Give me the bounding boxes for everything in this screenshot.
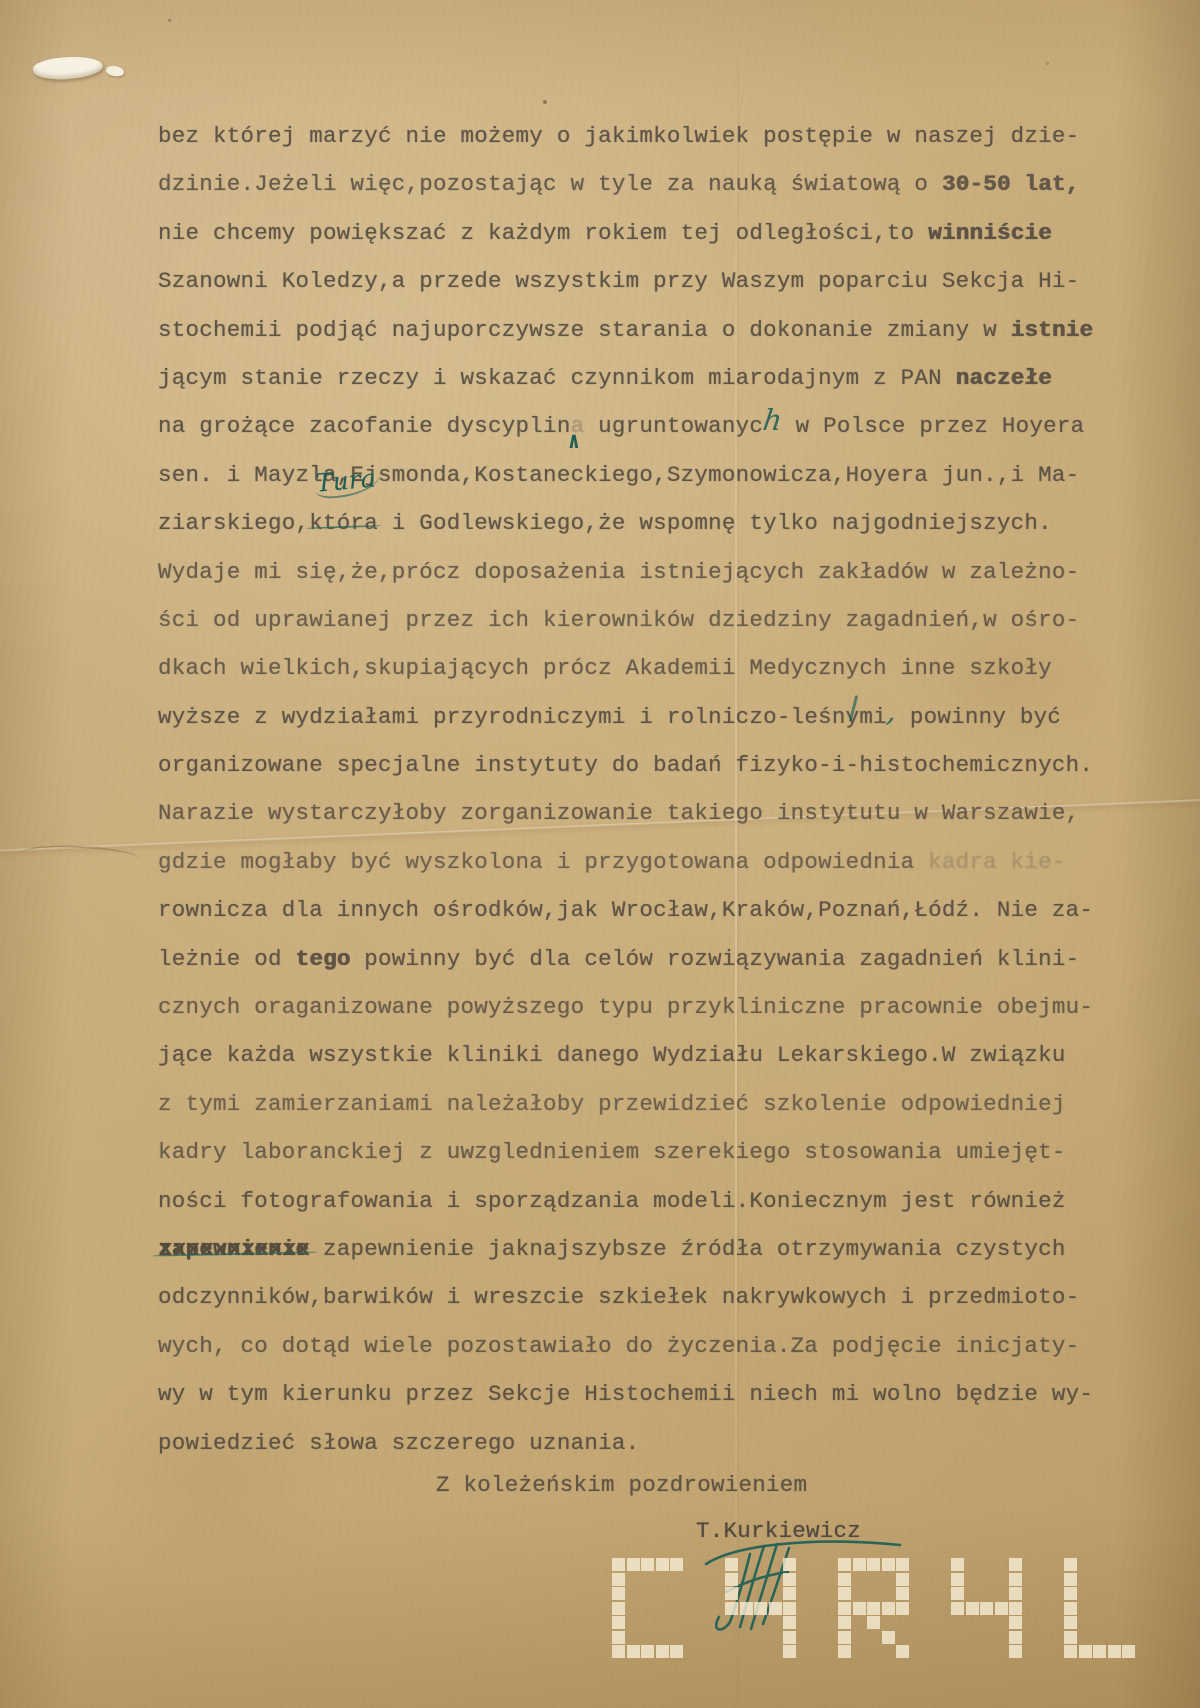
watermark-cell	[754, 1645, 767, 1658]
watermark-cell	[995, 1645, 1008, 1658]
watermark-cell	[641, 1602, 654, 1615]
watermark-cell	[754, 1573, 767, 1586]
typed-segment: jącym stanie rzeczy i wskazać czynnikom …	[158, 365, 956, 391]
typed-segment: gdzie mogłaby być wyszkolona i przygotow…	[158, 849, 928, 875]
typed-segment: organizowane specjalne instytuty do bada…	[158, 752, 1093, 778]
typed-line: Szanowni Koledzy,a przede wszystkim przy…	[158, 257, 1148, 305]
watermark-cell	[1108, 1645, 1121, 1658]
watermark-cell	[867, 1616, 880, 1629]
watermark-cell	[1064, 1631, 1077, 1644]
typed-segment: ziarskiego,	[158, 510, 309, 536]
watermark-cell	[656, 1573, 669, 1586]
watermark-cell	[627, 1587, 640, 1600]
watermark-cell	[612, 1558, 625, 1571]
watermark-cell	[951, 1558, 964, 1571]
watermark-cell	[1122, 1573, 1135, 1586]
typed-segment: w Polsce przez Hoyera	[782, 413, 1085, 439]
watermark-cell	[980, 1631, 993, 1644]
watermark-cell	[966, 1645, 979, 1658]
watermark-cell	[740, 1587, 753, 1600]
typed-line: na grożące zacofanie dyscyplina ugruntow…	[158, 402, 1148, 450]
typed-segment-b: istnie	[1011, 317, 1094, 343]
watermark-cell	[754, 1616, 767, 1629]
typed-segment: na grożące zacofanie dyscyplin	[158, 413, 571, 439]
watermark-cell	[1079, 1587, 1092, 1600]
typed-segment: Narazie wystarczyłoby zorganizowanie tak…	[158, 800, 1079, 826]
watermark-cell	[980, 1616, 993, 1629]
cyryl-watermark	[612, 1558, 1135, 1658]
watermark-cell	[896, 1602, 909, 1615]
typed-segment-b: 30-50 lat,	[942, 171, 1080, 197]
watermark-cell	[1122, 1631, 1135, 1644]
watermark-cell	[641, 1631, 654, 1644]
watermark-cell	[740, 1602, 753, 1615]
typed-segment-xover: zapewnieniexxxxxxxxxxx	[158, 1225, 309, 1273]
watermark-cell	[1009, 1573, 1022, 1586]
watermark-cell	[783, 1631, 796, 1644]
watermark-cell	[725, 1631, 738, 1644]
watermark-cell	[641, 1573, 654, 1586]
typed-segment-b: tego	[296, 946, 351, 972]
watermark-cell	[867, 1631, 880, 1644]
typed-line: bez której marzyć nie możemy o jakimkolw…	[158, 112, 1148, 160]
watermark-cell	[1064, 1602, 1077, 1615]
typed-segment: nie chcemy powiększać z każdym rokiem te…	[158, 220, 928, 246]
watermark-cell	[754, 1602, 767, 1615]
typed-line: jące każda wszystkie kliniki danego Wydz…	[158, 1031, 1148, 1079]
typed-line: cznych oraganizowane powyższego typu prz…	[158, 983, 1148, 1031]
watermark-cell	[1009, 1616, 1022, 1629]
typed-line: Narazie wystarczyłoby zorganizowanie tak…	[158, 789, 1148, 837]
typed-segment: leżnie od	[158, 946, 296, 972]
watermark-cell	[769, 1558, 782, 1571]
typed-segment: powinny być	[896, 704, 1061, 730]
watermark-cell	[882, 1645, 895, 1658]
watermark-cell	[612, 1631, 625, 1644]
typed-line: odczynników,barwików i wreszcie szkiełek…	[158, 1273, 1148, 1321]
typed-segment: Wydaje mi się,że,prócz doposażenia istni…	[158, 559, 1079, 585]
typed-line: powiedzieć słowa szczerego uznania.	[158, 1419, 1148, 1467]
watermark-cell	[951, 1631, 964, 1644]
watermark-cell	[627, 1573, 640, 1586]
typed-segment: ności fotografowania i sporządzania mode…	[158, 1188, 1066, 1214]
watermark-cell	[951, 1645, 964, 1658]
watermark-cell	[627, 1631, 640, 1644]
typed-line: dzinie.Jeżeli więc,pozostając w tyle za …	[158, 160, 1148, 208]
typed-segment: zapewnienie jaknajszybsze źródła otrzymy…	[309, 1236, 1065, 1262]
watermark-cell	[1108, 1587, 1121, 1600]
typed-line: organizowane specjalne instytuty do bada…	[158, 741, 1148, 789]
watermark-cell	[656, 1645, 669, 1658]
watermark-cell	[1079, 1602, 1092, 1615]
watermark-cell	[896, 1616, 909, 1629]
watermark-cell	[1093, 1602, 1106, 1615]
watermark-cell	[966, 1587, 979, 1600]
typed-line: nie chcemy powiększać z każdym rokiem te…	[158, 209, 1148, 257]
watermark-cell	[1122, 1602, 1135, 1615]
watermark-cell	[838, 1602, 851, 1615]
typed-segment: Szanowni Koledzy,a przede wszystkim przy…	[158, 268, 1079, 294]
watermark-cell	[882, 1587, 895, 1600]
typed-line: stochemii podjąć najuporczywsze starania…	[158, 306, 1148, 354]
watermark-cell	[896, 1587, 909, 1600]
watermark-cell	[1093, 1573, 1106, 1586]
watermark-cell	[867, 1573, 880, 1586]
watermark-letter-C	[612, 1558, 683, 1658]
watermark-cell	[838, 1616, 851, 1629]
watermark-cell	[670, 1602, 683, 1615]
watermark-cell	[995, 1616, 1008, 1629]
typed-segment: ugruntowanyc	[584, 413, 763, 439]
watermark-cell	[627, 1645, 640, 1658]
ink-speck	[168, 19, 171, 22]
watermark-cell	[725, 1616, 738, 1629]
watermark-cell	[1093, 1645, 1106, 1658]
watermark-cell	[838, 1645, 851, 1658]
watermark-cell	[980, 1587, 993, 1600]
watermark-cell	[670, 1631, 683, 1644]
watermark-cell	[951, 1587, 964, 1600]
watermark-cell	[838, 1587, 851, 1600]
watermark-cell	[740, 1645, 753, 1658]
watermark-cell	[867, 1587, 880, 1600]
typed-line: rownicza dla innych ośrodków,jak Wrocław…	[158, 886, 1148, 934]
typed-segment: z tymi zamierzaniami należałoby przewidz…	[158, 1091, 1066, 1117]
watermark-cell	[627, 1558, 640, 1571]
watermark-cell	[980, 1602, 993, 1615]
typed-segment-strike: która	[309, 499, 378, 547]
watermark-cell	[769, 1631, 782, 1644]
watermark-cell	[670, 1587, 683, 1600]
typed-line: wy w tym kierunku przez Sekcje Histochem…	[158, 1370, 1148, 1418]
watermark-cell	[769, 1587, 782, 1600]
typed-segment-b: winniście	[928, 220, 1052, 246]
watermark-cell	[641, 1558, 654, 1571]
watermark-cell	[783, 1616, 796, 1629]
watermark-cell	[725, 1645, 738, 1658]
watermark-cell	[853, 1645, 866, 1658]
watermark-cell	[951, 1573, 964, 1586]
watermark-cell	[740, 1631, 753, 1644]
watermark-cell	[627, 1602, 640, 1615]
letter-body: bez której marzyć nie możemy o jakimkolw…	[158, 112, 1148, 1467]
watermark-cell	[966, 1558, 979, 1571]
watermark-cell	[1108, 1616, 1121, 1629]
watermark-cell	[1122, 1558, 1135, 1571]
watermark-letter-R	[838, 1558, 909, 1658]
watermark-cell	[838, 1631, 851, 1644]
watermark-cell	[612, 1602, 625, 1615]
watermark-cell	[783, 1573, 796, 1586]
watermark-cell	[1093, 1631, 1106, 1644]
watermark-cell	[612, 1587, 625, 1600]
watermark-cell	[1122, 1587, 1135, 1600]
watermark-cell	[612, 1616, 625, 1629]
typed-line: ści od uprawianej przez ich kierowników …	[158, 596, 1148, 644]
ink-speck	[1046, 62, 1049, 65]
watermark-cell	[867, 1645, 880, 1658]
watermark-cell	[783, 1645, 796, 1658]
watermark-cell	[656, 1558, 669, 1571]
watermark-cell	[882, 1616, 895, 1629]
watermark-cell	[853, 1587, 866, 1600]
watermark-cell	[838, 1558, 851, 1571]
watermark-cell	[951, 1616, 964, 1629]
watermark-cell	[725, 1587, 738, 1600]
watermark-cell	[896, 1573, 909, 1586]
watermark-cell	[1079, 1616, 1092, 1629]
watermark-cell	[754, 1587, 767, 1600]
watermark-cell	[641, 1645, 654, 1658]
watermark-cell	[740, 1558, 753, 1571]
watermark-letter-Y	[725, 1558, 796, 1658]
watermark-letter-Y	[951, 1558, 1022, 1658]
typed-segment: odczynników,barwików i wreszcie szkiełek…	[158, 1284, 1079, 1310]
watermark-cell	[769, 1602, 782, 1615]
watermark-cell	[1079, 1631, 1092, 1644]
typed-line: leżnie od tego powinny być dla celów roz…	[158, 935, 1148, 983]
typed-line: ności fotografowania i sporządzania mode…	[158, 1177, 1148, 1225]
watermark-cell	[670, 1645, 683, 1658]
watermark-cell	[1079, 1645, 1092, 1658]
watermark-cell	[980, 1558, 993, 1571]
typed-line: gdzie mogłaby być wyszkolona i przygotow…	[158, 838, 1148, 886]
watermark-cell	[754, 1631, 767, 1644]
typed-segment: stochemii podjąć najuporczywsze starania…	[158, 317, 1011, 343]
watermark-cell	[995, 1558, 1008, 1571]
watermark-cell	[1108, 1631, 1121, 1644]
watermark-cell	[656, 1631, 669, 1644]
watermark-cell	[853, 1631, 866, 1644]
watermark-cell	[995, 1602, 1008, 1615]
watermark-cell	[896, 1631, 909, 1644]
watermark-cell	[656, 1587, 669, 1600]
watermark-cell	[1079, 1558, 1092, 1571]
watermark-cell	[1079, 1573, 1092, 1586]
typed-segment: jące każda wszystkie kliniki danego Wydz…	[158, 1042, 1066, 1068]
watermark-cell	[951, 1602, 964, 1615]
watermark-cell	[641, 1616, 654, 1629]
typed-line: wyższe z wydziałami przyrodniczymi i rol…	[158, 693, 1148, 741]
watermark-cell	[1064, 1645, 1077, 1658]
typed-segment: rownicza dla innych ośrodków,jak Wrocław…	[158, 897, 1093, 923]
watermark-cell	[1108, 1573, 1121, 1586]
watermark-cell	[1064, 1587, 1077, 1600]
watermark-cell	[882, 1602, 895, 1615]
typed-segment: wych, co dotąd wiele pozostawiało do życ…	[158, 1333, 1079, 1359]
watermark-cell	[670, 1558, 683, 1571]
typed-segment-b: naczełe	[956, 365, 1052, 391]
typed-line: z tymi zamierzaniami należałoby przewidz…	[158, 1080, 1148, 1128]
watermark-cell	[783, 1587, 796, 1600]
typed-line: Wydaje mi się,że,prócz doposażenia istni…	[158, 548, 1148, 596]
watermark-cell	[740, 1616, 753, 1629]
typed-line: wych, co dotąd wiele pozostawiało do życ…	[158, 1322, 1148, 1370]
watermark-cell	[853, 1616, 866, 1629]
watermark-cell	[1009, 1587, 1022, 1600]
watermark-cell	[783, 1558, 796, 1571]
typed-segment: bez której marzyć nie możemy o jakimkolw…	[158, 123, 1079, 149]
watermark-cell	[725, 1602, 738, 1615]
typed-segment: kadry laboranckiej z uwzglednieniem szer…	[158, 1139, 1066, 1165]
watermark-cell	[966, 1602, 979, 1615]
watermark-cell	[1009, 1631, 1022, 1644]
typed-line: jącym stanie rzeczy i wskazać czynnikom …	[158, 354, 1148, 402]
watermark-cell	[1108, 1602, 1121, 1615]
watermark-cell	[1108, 1558, 1121, 1571]
typed-segment: sen. i Mayzla,Ejsmonda,Kostaneckiego,Szy…	[158, 462, 1079, 488]
typed-segment: i Godlewskiego,że wspomnę tylko najgodni…	[378, 510, 1052, 536]
watermark-cell	[980, 1645, 993, 1658]
watermark-cell	[867, 1602, 880, 1615]
watermark-cell	[1064, 1616, 1077, 1629]
watermark-cell	[1009, 1602, 1022, 1615]
typed-segment: cznych oraganizowane powyższego typu prz…	[158, 994, 1093, 1020]
ink-speck	[543, 100, 547, 104]
typed-line: zapewnieniexxxxxxxxxxx zapewnienie jakna…	[158, 1225, 1148, 1273]
watermark-cell	[754, 1558, 767, 1571]
watermark-cell	[670, 1573, 683, 1586]
watermark-cell	[1122, 1645, 1135, 1658]
watermark-cell	[882, 1631, 895, 1644]
watermark-cell	[882, 1573, 895, 1586]
overtyped-x-strike: xxxxxxxxxxx	[159, 1225, 310, 1273]
watermark-cell	[1064, 1558, 1077, 1571]
typed-segment: dkach wielkich,skupiających prócz Akadem…	[158, 655, 1052, 681]
watermark-cell	[1009, 1558, 1022, 1571]
watermark-cell	[641, 1587, 654, 1600]
watermark-cell	[670, 1616, 683, 1629]
watermark-cell	[1093, 1587, 1106, 1600]
typed-segment: dzinie.Jeżeli więc,pozostając w tyle za …	[158, 171, 942, 197]
watermark-cell	[627, 1616, 640, 1629]
watermark-cell	[853, 1573, 866, 1586]
watermark-cell	[612, 1645, 625, 1658]
typed-line: kadry laboranckiej z uwzglednieniem szer…	[158, 1128, 1148, 1176]
watermark-cell	[656, 1602, 669, 1615]
watermark-cell	[882, 1558, 895, 1571]
handwritten-caret-mark: ∧	[567, 428, 581, 455]
watermark-cell	[966, 1573, 979, 1586]
watermark-cell	[838, 1573, 851, 1586]
watermark-cell	[612, 1573, 625, 1586]
watermark-cell	[995, 1631, 1008, 1644]
watermark-cell	[1093, 1558, 1106, 1571]
letter-closing: Z koleżeńskim pozdrowieniem	[436, 1472, 807, 1498]
watermark-cell	[896, 1645, 909, 1658]
watermark-letter-L	[1064, 1558, 1135, 1658]
watermark-cell	[1064, 1573, 1077, 1586]
watermark-cell	[740, 1573, 753, 1586]
watermark-cell	[725, 1558, 738, 1571]
watermark-cell	[995, 1573, 1008, 1586]
watermark-cell	[725, 1573, 738, 1586]
watermark-cell	[769, 1645, 782, 1658]
typed-segment: wyższe z wydziałami przyrodniczymi i rol…	[158, 704, 887, 730]
watermark-cell	[656, 1616, 669, 1629]
watermark-cell	[867, 1558, 880, 1571]
typed-segment: powiedzieć słowa szczerego uznania.	[158, 1430, 639, 1456]
typed-line: ziarskiego,która i Godlewskiego,że wspom…	[158, 499, 1148, 547]
typed-line: sen. i Mayzla,Ejsmonda,Kostaneckiego,Szy…	[158, 451, 1148, 499]
watermark-cell	[783, 1602, 796, 1615]
typed-line: dkach wielkich,skupiających prócz Akadem…	[158, 644, 1148, 692]
watermark-cell	[966, 1616, 979, 1629]
typed-segment: wy w tym kierunku przez Sekcje Histochem…	[158, 1381, 1093, 1407]
watermark-cell	[769, 1573, 782, 1586]
watermark-cell	[980, 1573, 993, 1586]
watermark-cell	[966, 1631, 979, 1644]
typed-segment-f: kadra kie-	[928, 849, 1066, 875]
typed-segment: ści od uprawianej przez ich kierowników …	[158, 607, 1079, 633]
watermark-cell	[1122, 1616, 1135, 1629]
watermark-cell	[853, 1602, 866, 1615]
watermark-cell	[896, 1558, 909, 1571]
watermark-cell	[1009, 1645, 1022, 1658]
watermark-cell	[995, 1587, 1008, 1600]
watermark-cell	[769, 1616, 782, 1629]
watermark-cell	[1093, 1616, 1106, 1629]
watermark-cell	[853, 1558, 866, 1571]
typed-segment: powinny być dla celów rozwiązywania zaga…	[351, 946, 1080, 972]
